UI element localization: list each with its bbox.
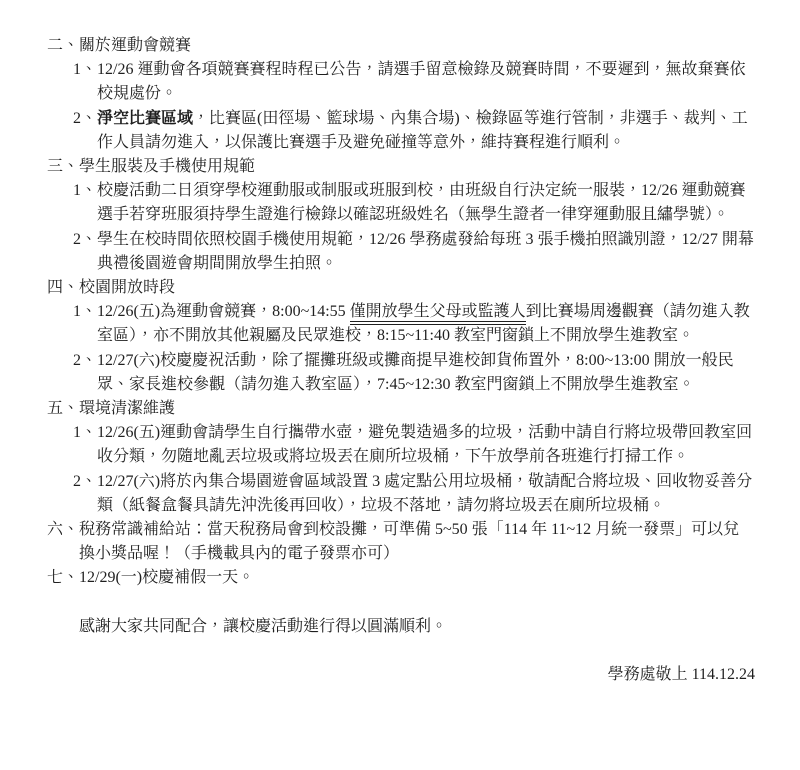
list-item: 1、12/26(五)運動會請學生自行攜帶水壺，避免製造過多的垃圾，活動中請自行將… <box>73 421 755 469</box>
item-marker: 1、 <box>73 424 97 441</box>
list-item: 1、12/26(五)為運動會競賽，8:00~14:55 僅開放學生父母或監護人到… <box>73 300 755 348</box>
section-sports-competition: 二、關於運動會競賽 1、12/26 運動會各項競賽賽程時程已公告，請選手留意檢錄… <box>47 34 755 155</box>
section-title: 學生服裝及手機使用規範 <box>79 158 255 175</box>
list-item: 1、12/26 運動會各項競賽賽程時程已公告，請選手留意檢錄及競賽時間，不要遲到… <box>73 58 755 106</box>
item-text: 學生在校時間依照校園手機使用規範，12/26 學務處發給每班 3 張手機拍照識別… <box>97 231 754 272</box>
section-number: 七、 <box>47 569 79 586</box>
item-bold-text: 淨空比賽區域 <box>97 110 193 127</box>
section-makeup-holiday: 七、12/29(一)校慶補假一天。 <box>47 566 755 590</box>
item-marker: 1、 <box>73 303 97 320</box>
item-text: 12/27(六)將於內集合場園遊會區域設置 3 處定點公用垃圾桶，敬請配合將垃圾… <box>97 473 752 514</box>
section-number: 五、 <box>47 400 79 417</box>
list-item: 2、12/27(六)校慶慶祝活動，除了擺攤班級或攤商提早進校卸貨佈置外，8:00… <box>73 349 755 397</box>
section-dress-phone-rules: 三、學生服裝及手機使用規範 1、校慶活動二日須穿學校運動服或制服或班服到校，由班… <box>47 155 755 276</box>
item-text: 12/26 運動會各項競賽賽程時程已公告，請選手留意檢錄及競賽時間，不要遲到，無… <box>97 61 745 102</box>
item-text: 12/27(六)校慶慶祝活動，除了擺攤班級或攤商提早進校卸貨佈置外，8:00~1… <box>97 352 734 393</box>
item-double-underlined-text: 僅開放學生父母或監護人 <box>350 303 526 325</box>
signature-line: 學務處敬上 114.12.24 <box>47 663 755 687</box>
section-text-line: 七、12/29(一)校慶補假一天。 <box>47 566 755 590</box>
section-number: 三、 <box>47 158 79 175</box>
section-title: 校園開放時段 <box>79 279 175 296</box>
section-text-line: 六、稅務常識補給站：當天稅務局會到校設攤，可準備 5~50 張「114 年 11… <box>47 518 755 566</box>
section-heading: 五、環境清潔維護 <box>47 397 755 421</box>
item-marker: 1、 <box>73 182 97 199</box>
item-text: ，比賽區(田徑場、籃球場、內集合場)、檢錄區等進行管制，非選手、裁判、工作人員請… <box>97 110 748 151</box>
section-heading: 三、學生服裝及手機使用規範 <box>47 155 755 179</box>
list-item: 2、學生在校時間依照校園手機使用規範，12/26 學務處發給每班 3 張手機拍照… <box>73 228 755 276</box>
section-number: 四、 <box>47 279 79 296</box>
list-item: 1、校慶活動二日須穿學校運動服或制服或班服到校，由班級自行決定統一服裝，12/2… <box>73 179 755 227</box>
item-marker: 2、 <box>73 473 97 490</box>
section-environment-cleaning: 五、環境清潔維護 1、12/26(五)運動會請學生自行攜帶水壺，避免製造過多的垃… <box>47 397 755 518</box>
closing-remark: 感謝大家共同配合，讓校慶活動進行得以圓滿順利。 <box>47 615 755 639</box>
section-title: 關於運動會競賽 <box>79 37 191 54</box>
notice-body: 二、關於運動會競賽 1、12/26 運動會各項競賽賽程時程已公告，請選手留意檢錄… <box>0 0 800 687</box>
section-tax-booth: 六、稅務常識補給站：當天稅務局會到校設攤，可準備 5~50 張「114 年 11… <box>47 518 755 566</box>
list-item: 2、淨空比賽區域，比賽區(田徑場、籃球場、內集合場)、檢錄區等進行管制，非選手、… <box>73 107 755 155</box>
item-marker: 2、 <box>73 231 97 248</box>
item-marker: 2、 <box>73 110 97 127</box>
school-notice-page: 二、關於運動會競賽 1、12/26 運動會各項競賽賽程時程已公告，請選手留意檢錄… <box>0 0 800 770</box>
section-heading: 二、關於運動會競賽 <box>47 34 755 58</box>
list-item: 2、12/27(六)將於內集合場園遊會區域設置 3 處定點公用垃圾桶，敬請配合將… <box>73 470 755 518</box>
section-text: 12/29(一)校慶補假一天。 <box>79 569 254 586</box>
item-text: 12/26(五)運動會請學生自行攜帶水壺，避免製造過多的垃圾，活動中請自行將垃圾… <box>97 424 752 465</box>
section-title: 環境清潔維護 <box>79 400 175 417</box>
item-text: 校慶活動二日須穿學校運動服或制服或班服到校，由班級自行決定統一服裝，12/26 … <box>97 182 745 223</box>
section-campus-open-hours: 四、校園開放時段 1、12/26(五)為運動會競賽，8:00~14:55 僅開放… <box>47 276 755 397</box>
item-marker: 1、 <box>73 61 97 78</box>
item-marker: 2、 <box>73 352 97 369</box>
section-number: 六、 <box>47 521 79 538</box>
section-text: 稅務常識補給站：當天稅務局會到校設攤，可準備 5~50 張「114 年 11~1… <box>79 521 739 562</box>
item-text: 12/26(五)為運動會競賽，8:00~14:55 <box>97 303 350 320</box>
section-heading: 四、校園開放時段 <box>47 276 755 300</box>
section-number: 二、 <box>47 37 79 54</box>
